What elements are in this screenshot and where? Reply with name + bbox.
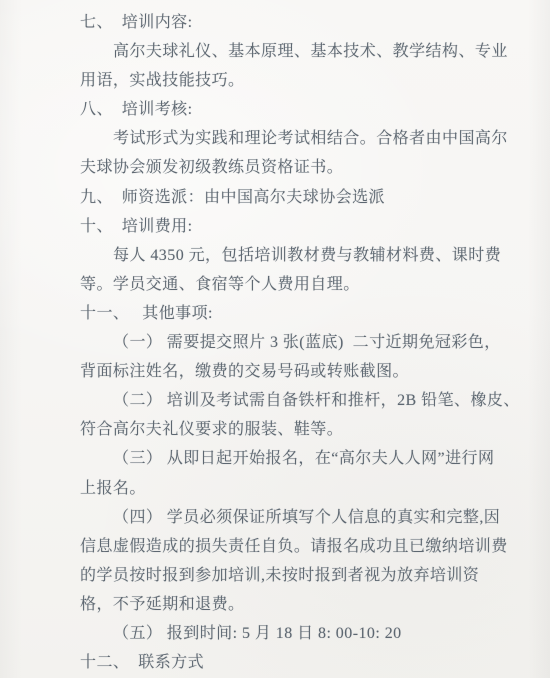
doc-line: 符合高尔夫礼仪要求的服装、鞋等。 xyxy=(80,415,525,444)
doc-line: 上报名。 xyxy=(80,474,525,503)
doc-line: 八、 培训考核: xyxy=(80,95,525,124)
doc-line: （四） 学员必须保证所填写个人信息的真实和完整,因 xyxy=(80,503,525,532)
doc-line: （一） 需要提交照片 3 张(蓝底) 二寸近期免冠彩色， xyxy=(80,328,525,357)
doc-line: 背面标注姓名，缴费的交易号码或转账截图。 xyxy=(80,357,525,386)
doc-line: 考试形式为实践和理论考试相结合。合格者由中国高尔 xyxy=(80,124,525,153)
doc-line: 九、 师资选派：由中国高尔夫球协会选派 xyxy=(80,183,525,212)
doc-line: 信息虚假造成的损失责任自负。请报名成功且已缴纳培训费 xyxy=(80,532,525,561)
doc-line: 十一、 其他事项: xyxy=(80,299,525,328)
doc-line: 十二、 联系方式 xyxy=(80,648,525,677)
doc-line: 每人 4350 元，包括培训教材费与教辅材料费、课时费 xyxy=(80,241,525,270)
doc-line: 用语，实战技能技巧。 xyxy=(80,66,525,95)
doc-line: 等。学员交通、食宿等个人费用自理。 xyxy=(80,270,525,299)
doc-line: （三） 从即日起开始报名，在“高尔夫人人网”进行网 xyxy=(80,444,525,473)
doc-line: 的学员按时报到参加培训,未按时报到者视为放弃培训资 xyxy=(80,561,525,590)
doc-line: 格，不予延期和退费。 xyxy=(80,590,525,619)
doc-line: 十、 培训费用: xyxy=(80,212,525,241)
document-body: 七、 培训内容:高尔夫球礼仪、基本原理、基本技术、教学结构、专业用语，实战技能技… xyxy=(80,8,525,677)
doc-line: 七、 培训内容: xyxy=(80,8,525,37)
doc-line: 高尔夫球礼仪、基本原理、基本技术、教学结构、专业 xyxy=(80,37,525,66)
scanned-document-page: 七、 培训内容:高尔夫球礼仪、基本原理、基本技术、教学结构、专业用语，实战技能技… xyxy=(0,0,550,678)
doc-line: （二） 培训及考试需自备铁杆和推杆，2B 铅笔、橡皮、 xyxy=(80,386,525,415)
doc-line: 夫球协会颁发初级教练员资格证书。 xyxy=(80,153,525,182)
doc-line: （五） 报到时间: 5 月 18 日 8: 00-10: 20 xyxy=(80,619,525,648)
